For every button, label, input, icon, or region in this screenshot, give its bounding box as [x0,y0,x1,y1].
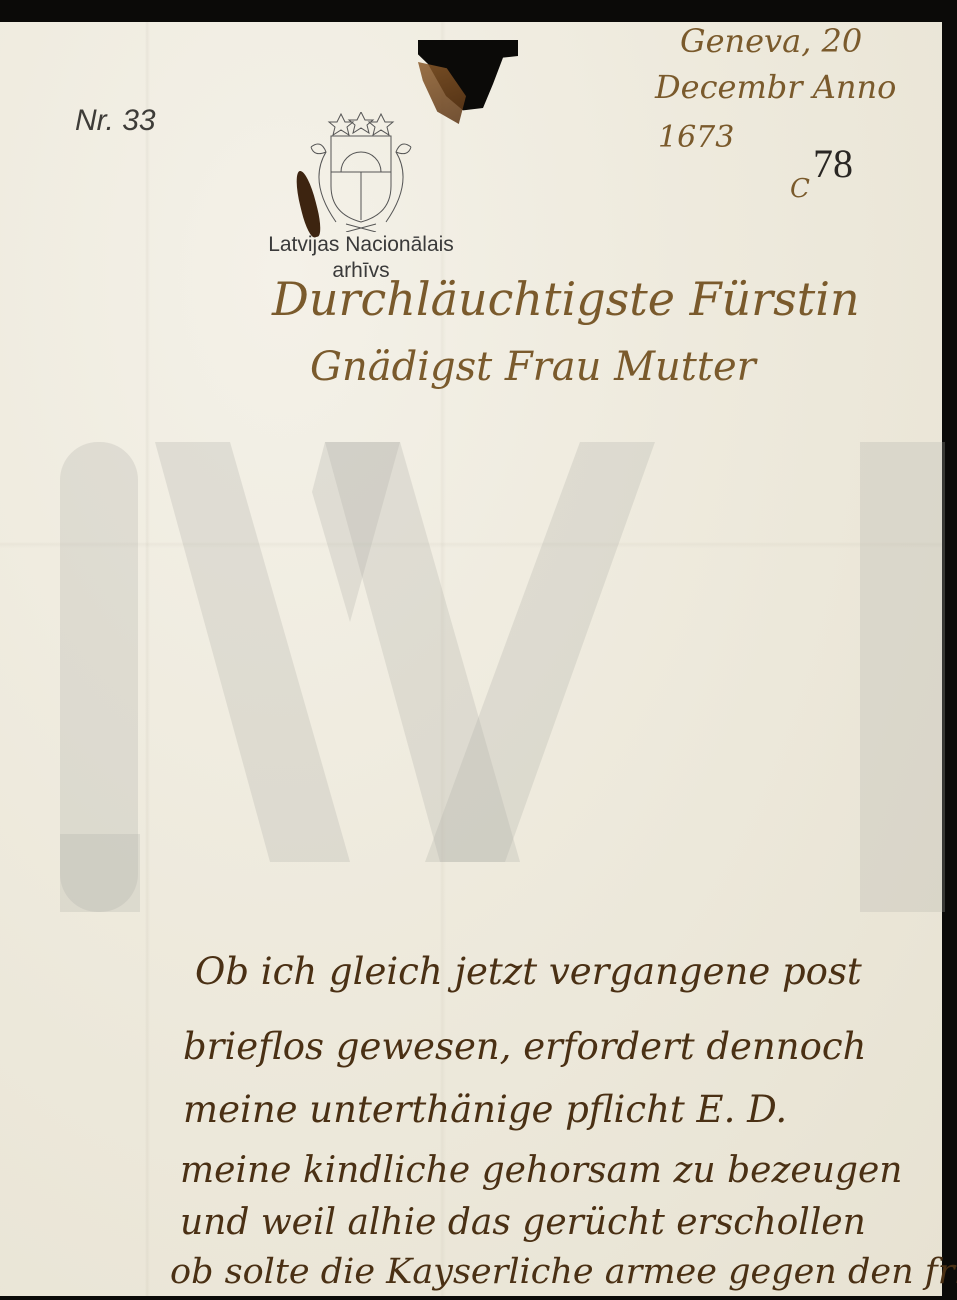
body-line-5: und weil alhie das gerücht erschollen [180,1202,866,1243]
body-line-6: ob solte die Kayserliche armee gegen den… [170,1252,957,1292]
body-line-3: meine unterthänige pflicht E. D. [183,1088,787,1131]
dateline-month: Decembr Anno [655,68,896,106]
salutation-line1: Durchläuchtigste Fürstin [272,272,860,326]
catalog-mark-below: C [790,174,810,204]
folio-mark: Nr. 33 [75,104,156,138]
archive-logo: Latvijas Nacionālais arhīvs [250,112,472,284]
body-line-2: brieflos gewesen, erfordert dennoch [183,1025,866,1068]
dateline-place: Geneva, 20 [680,22,862,60]
manuscript-page: Latvijas Nacionālais arhīvs Nr. 33 78 C … [0,22,942,1296]
body-line-1: Ob ich gleich jetzt vergangene post [195,950,862,993]
archive-watermark [60,422,945,912]
salutation-line2: Gnädigst Frau Mutter [310,344,756,390]
catalog-number: 78 [813,140,853,187]
body-line-4: meine kindliche gehorsam zu bezeugen [180,1150,902,1191]
archive-name-line1: Latvijas Nacionālais [250,232,472,258]
dateline-year: 1673 [658,120,734,155]
